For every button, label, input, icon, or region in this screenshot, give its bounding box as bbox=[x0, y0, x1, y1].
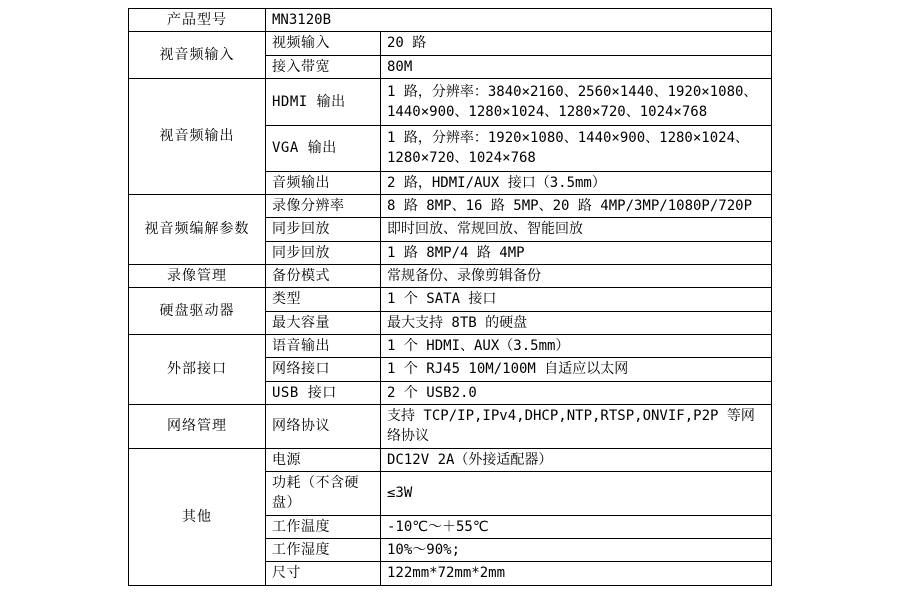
category-cell-hdd: 硬盘驱动器 bbox=[129, 288, 266, 335]
value-cell-sync-playback-2: 1 路 8MP/4 路 4MP bbox=[381, 241, 772, 264]
label-cell-audio-output: 音频输出 bbox=[266, 171, 381, 194]
value-cell-network-protocol: 支持 TCP/IP,IPv4,DHCP,NTP,RTSP,ONVIF,P2P 等… bbox=[381, 404, 772, 448]
value-cell-access-bandwidth: 80M bbox=[381, 55, 772, 78]
category-cell-record-mgmt: 录像管理 bbox=[129, 265, 266, 288]
category-cell-network-mgmt: 网络管理 bbox=[129, 404, 266, 448]
value-cell-hdmi-output: 1 路，分辨率：3840×2160、2560×1440、1920×1080、14… bbox=[381, 78, 772, 125]
category-cell-product-model: 产品型号 bbox=[129, 9, 266, 32]
value-cell-voice-output: 1 个 HDMI、AUX（3.5mm） bbox=[381, 334, 772, 357]
value-cell-video-input: 20 路 bbox=[381, 32, 772, 55]
value-cell-dimensions: 122mm*72mm*2mm bbox=[381, 562, 772, 585]
label-cell-voice-output: 语音输出 bbox=[266, 334, 381, 357]
value-cell-vga-output: 1 路，分辨率：1920×1080、1440×900、1280×1024、128… bbox=[381, 125, 772, 171]
value-cell-sync-playback-1: 即时回放、常规回放、智能回放 bbox=[381, 218, 772, 241]
label-cell-backup-mode: 备份模式 bbox=[266, 265, 381, 288]
table-row: 硬盘驱动器 类型 1 个 SATA 接口 bbox=[129, 288, 772, 311]
label-cell-dimensions: 尺寸 bbox=[266, 562, 381, 585]
label-cell-video-input: 视频输入 bbox=[266, 32, 381, 55]
category-cell-av-input: 视音频输入 bbox=[129, 32, 266, 79]
label-cell-hdd-type: 类型 bbox=[266, 288, 381, 311]
label-cell-network-interface: 网络接口 bbox=[266, 358, 381, 381]
value-cell-usb-interface: 2 个 USB2.0 bbox=[381, 381, 772, 404]
label-cell-working-temperature: 工作温度 bbox=[266, 515, 381, 538]
table-row: 视音频编解参数 录像分辨率 8 路 8MP、16 路 5MP、20 路 4MP/… bbox=[129, 195, 772, 218]
label-cell-access-bandwidth: 接入带宽 bbox=[266, 55, 381, 78]
category-cell-others: 其他 bbox=[129, 448, 266, 585]
value-cell-audio-output: 2 路，HDMI/AUX 接口（3.5mm） bbox=[381, 171, 772, 194]
label-cell-power: 电源 bbox=[266, 448, 381, 471]
value-cell-max-capacity: 最大支持 8TB 的硬盘 bbox=[381, 311, 772, 334]
label-cell-working-humidity: 工作湿度 bbox=[266, 539, 381, 562]
value-cell-network-interface: 1 个 RJ45 10M/100M 自适应以太网 bbox=[381, 358, 772, 381]
spec-table-body: 产品型号 MN3120B 视音频输入 视频输入 20 路 接入带宽 80M 视音… bbox=[129, 9, 772, 586]
table-row: 视音频输出 HDMI 输出 1 路，分辨率：3840×2160、2560×144… bbox=[129, 78, 772, 125]
table-row: 外部接口 语音输出 1 个 HDMI、AUX（3.5mm） bbox=[129, 334, 772, 357]
label-cell-sync-playback-1: 同步回放 bbox=[266, 218, 381, 241]
label-cell-usb-interface: USB 接口 bbox=[266, 381, 381, 404]
value-cell-power-consumption: ≤3W bbox=[381, 472, 772, 516]
value-cell-record-resolution: 8 路 8MP、16 路 5MP、20 路 4MP/3MP/1080P/720P bbox=[381, 195, 772, 218]
category-cell-codec-params: 视音频编解参数 bbox=[129, 195, 266, 265]
label-cell-power-consumption: 功耗（不含硬盘） bbox=[266, 472, 381, 516]
value-cell-working-temperature: -10℃～＋55℃ bbox=[381, 515, 772, 538]
table-row: 视音频输入 视频输入 20 路 bbox=[129, 32, 772, 55]
label-cell-network-protocol: 网络协议 bbox=[266, 404, 381, 448]
label-cell-sync-playback-2: 同步回放 bbox=[266, 241, 381, 264]
label-cell-max-capacity: 最大容量 bbox=[266, 311, 381, 334]
label-cell-hdmi-output: HDMI 输出 bbox=[266, 78, 381, 125]
table-row: 录像管理 备份模式 常规备份、录像剪辑备份 bbox=[129, 265, 772, 288]
value-cell-power: DC12V 2A（外接适配器） bbox=[381, 448, 772, 471]
value-cell-working-humidity: 10%～90%; bbox=[381, 539, 772, 562]
spec-table: 产品型号 MN3120B 视音频输入 视频输入 20 路 接入带宽 80M 视音… bbox=[128, 8, 772, 586]
label-cell-record-resolution: 录像分辨率 bbox=[266, 195, 381, 218]
table-row: 产品型号 MN3120B bbox=[129, 9, 772, 32]
label-cell-vga-output: VGA 输出 bbox=[266, 125, 381, 171]
category-cell-external-interface: 外部接口 bbox=[129, 334, 266, 404]
table-row: 其他 电源 DC12V 2A（外接适配器） bbox=[129, 448, 772, 471]
value-cell-backup-mode: 常规备份、录像剪辑备份 bbox=[381, 265, 772, 288]
table-row: 网络管理 网络协议 支持 TCP/IP,IPv4,DHCP,NTP,RTSP,O… bbox=[129, 404, 772, 448]
value-cell-hdd-type: 1 个 SATA 接口 bbox=[381, 288, 772, 311]
value-cell-product-model: MN3120B bbox=[266, 9, 772, 32]
category-cell-av-output: 视音频输出 bbox=[129, 78, 266, 194]
